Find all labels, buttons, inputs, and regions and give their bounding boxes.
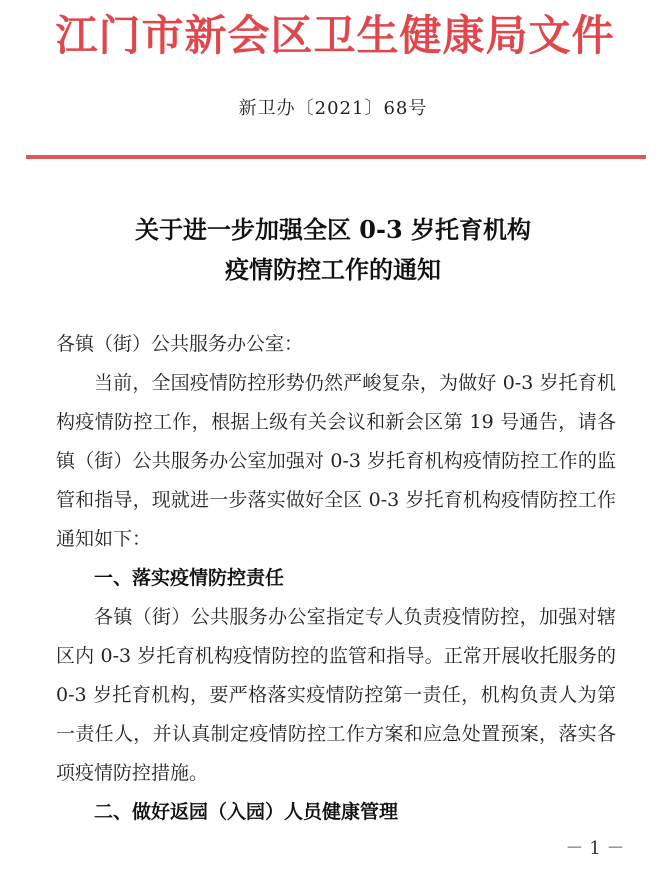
document-masthead: 江门市新会区卫生健康局文件: [30, 10, 640, 62]
section-heading-2: 二、做好返园（入园）人员健康管理: [56, 793, 616, 832]
red-divider-line: [26, 155, 646, 159]
title-line-2: 疫情防控工作的通知: [0, 250, 666, 290]
document-number: 新卫办〔2021〕68号: [0, 96, 666, 122]
document-title: 关于进一步加强全区 0-3 岁托育机构 疫情防控工作的通知: [0, 210, 666, 290]
document-body: 各镇（街）公共服务办公室： 当前，全国疫情防控形势仍然严峻复杂，为做好 0-3 …: [56, 325, 616, 832]
intro-paragraph: 当前，全国疫情防控形势仍然严峻复杂，为做好 0-3 岁托育机构疫情防控工作，根据…: [56, 364, 616, 559]
salutation: 各镇（街）公共服务办公室：: [56, 325, 616, 364]
title-line-1: 关于进一步加强全区 0-3 岁托育机构: [0, 210, 666, 250]
section-heading-1: 一、落实疫情防控责任: [56, 559, 616, 598]
section-paragraph-1: 各镇（街）公共服务办公室指定专人负责疫情防控，加强对辖区内 0-3 岁托育机构疫…: [56, 598, 616, 793]
page-number: － 1 －: [560, 834, 630, 860]
